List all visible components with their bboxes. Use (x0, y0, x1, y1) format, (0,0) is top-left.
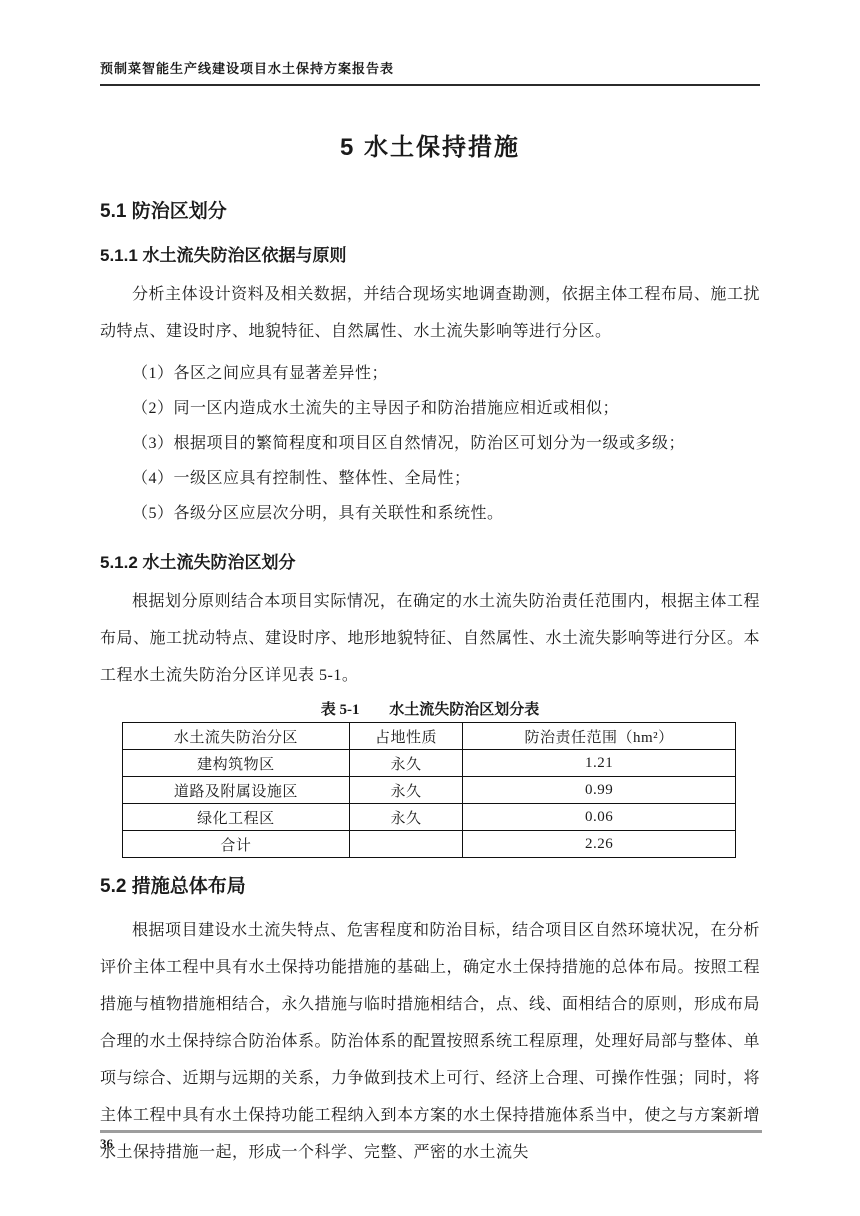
list-item-4: （4）一级区应具有控制性、整体性、全局性； (100, 461, 760, 496)
page-footer: 36 (100, 1130, 762, 1152)
document-page: 预制菜智能生产线建设项目水土保持方案报告表 5 水土保持措施 5.1 防治区划分… (0, 0, 860, 1216)
table-row: 道路及附属设施区 永久 0.99 (123, 777, 736, 804)
table-header-land-type: 占地性质 (349, 723, 462, 750)
cell-zone: 合计 (123, 831, 350, 858)
table-caption-label: 表 5-1 (321, 702, 360, 718)
cell-land-type: 永久 (349, 777, 462, 804)
table-row-total: 合计 2.26 (123, 831, 736, 858)
table-caption: 表 5-1 水土流失防治区划分表 (100, 701, 760, 719)
paragraph-5-1-2: 根据划分原则结合本项目实际情况，在确定的水土流失防治责任范围内，根据主体工程布局… (100, 583, 760, 694)
page-number: 36 (100, 1136, 762, 1152)
principles-list: （1）各区之间应具有显著差异性； （2）同一区内造成水土流失的主导因子和防治措施… (100, 356, 760, 531)
list-item-3: （3）根据项目的繁简程度和项目区自然情况，防治区可划分为一级或多级； (100, 426, 760, 461)
running-header-title: 预制菜智能生产线建设项目水土保持方案报告表 (100, 61, 394, 76)
footer-rule (100, 1130, 762, 1133)
list-item-2: （2）同一区内造成水土流失的主导因子和防治措施应相近或相似； (100, 391, 760, 426)
cell-zone: 道路及附属设施区 (123, 777, 350, 804)
section-heading-5-1-1: 5.1.1 水土流失防治区依据与原则 (100, 245, 760, 267)
cell-scope: 2.26 (463, 831, 736, 858)
table-row: 建构筑物区 永久 1.21 (123, 750, 736, 777)
prevention-zone-table: 水土流失防治分区 占地性质 防治责任范围（hm²） 建构筑物区 永久 1.21 … (122, 722, 736, 858)
list-item-1: （1）各区之间应具有显著差异性； (100, 356, 760, 391)
cell-scope: 0.99 (463, 777, 736, 804)
list-item-5: （5）各级分区应层次分明，具有关联性和系统性。 (100, 496, 760, 531)
running-header: 预制菜智能生产线建设项目水土保持方案报告表 (100, 58, 760, 86)
paragraph-5-1-1: 分析主体设计资料及相关数据，并结合现场实地调查勘测，依据主体工程布局、施工扰动特… (100, 276, 760, 350)
table-caption-title: 水土流失防治区划分表 (389, 702, 539, 718)
table-header-zone: 水土流失防治分区 (123, 723, 350, 750)
section-heading-5-1-2: 5.1.2 水土流失防治区划分 (100, 552, 760, 574)
table-row: 绿化工程区 永久 0.06 (123, 804, 736, 831)
cell-land-type: 永久 (349, 750, 462, 777)
table-header-scope: 防治责任范围（hm²） (463, 723, 736, 750)
cell-scope: 0.06 (463, 804, 736, 831)
section-heading-5-1: 5.1 防治区划分 (100, 200, 760, 224)
cell-scope: 1.21 (463, 750, 736, 777)
table-header-row: 水土流失防治分区 占地性质 防治责任范围（hm²） (123, 723, 736, 750)
cell-zone: 绿化工程区 (123, 804, 350, 831)
cell-zone: 建构筑物区 (123, 750, 350, 777)
cell-land-type (349, 831, 462, 858)
cell-land-type: 永久 (349, 804, 462, 831)
chapter-title: 5 水土保持措施 (100, 133, 760, 163)
section-heading-5-2: 5.2 措施总体布局 (100, 875, 760, 899)
